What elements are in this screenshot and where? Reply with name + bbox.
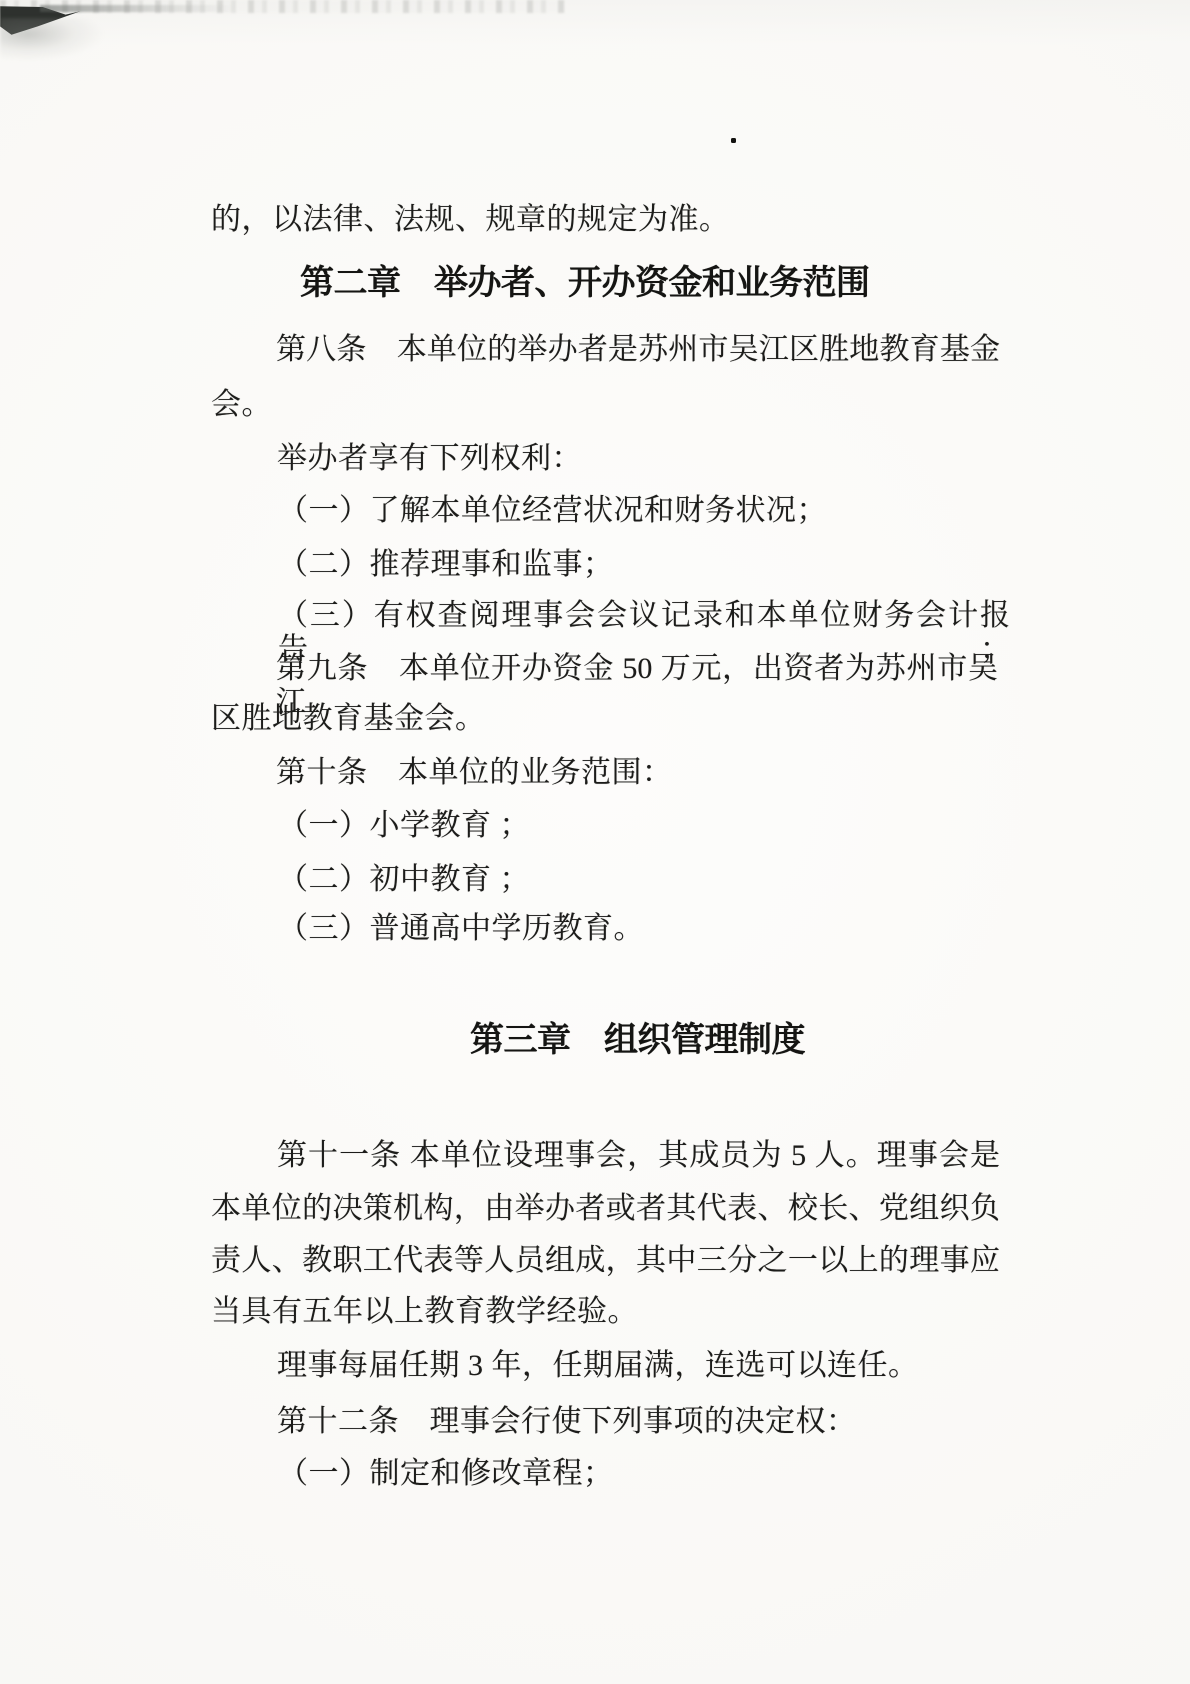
business-scope-item-2: （二）初中教育 ；	[278, 863, 530, 897]
article-11-line-3: 责人、教职工代表等人员组成，其中三分之一以上的理事应	[211, 1244, 1000, 1278]
article-9-line-2: 区胜地教育基金会。	[211, 702, 486, 736]
scanned-document-page: { "page": { "paper_color": "#fbfaf7", "i…	[0, 0, 1190, 1684]
ink-speck	[731, 138, 736, 143]
founder-right-item-1: （一）了解本单位经营状况和财务状况；	[278, 494, 827, 528]
scan-corner-smudge	[0, 18, 110, 64]
trustee-term-line: 理事每届任期 3 年，任期届满，连选可以连任。	[277, 1349, 919, 1383]
article-8-line-1: 第八条 本单位的举办者是苏州市吴江区胜地教育基金	[276, 333, 1000, 367]
scan-corner-artifact-tail	[40, 5, 235, 12]
founder-rights-intro: 举办者享有下列权利：	[277, 442, 582, 476]
chapter-3-heading: 第三章 组织管理制度	[470, 1021, 805, 1059]
council-power-item-1: （一）制定和修改章程；	[278, 1457, 614, 1491]
business-scope-item-1: （一）小学教育 ；	[278, 809, 530, 843]
paragraph-continuation-line: 的，以法律、法规、规章的规定为准。	[211, 203, 730, 237]
business-scope-item-3: （三）普通高中学历教育。	[278, 912, 644, 946]
founder-right-item-2: （二）推荐理事和监事；	[278, 548, 614, 582]
article-12-intro: 第十二条 理事会行使下列事项的决定权：	[277, 1405, 857, 1439]
chapter-2-heading: 第二章 举办者、开办资金和业务范围	[300, 264, 870, 302]
article-8-line-2: 会。	[211, 388, 272, 422]
article-11-line-2: 本单位的决策机构，由举办者或者其代表、校长、党组织负	[211, 1192, 1000, 1226]
article-11-line-1: 第十一条 本单位设理事会，其成员为 5 人。理事会是	[277, 1139, 1000, 1173]
article-11-line-4: 当具有五年以上教育教学经验。	[211, 1295, 638, 1329]
article-10-intro: 第十条 本单位的业务范围：	[276, 756, 673, 790]
